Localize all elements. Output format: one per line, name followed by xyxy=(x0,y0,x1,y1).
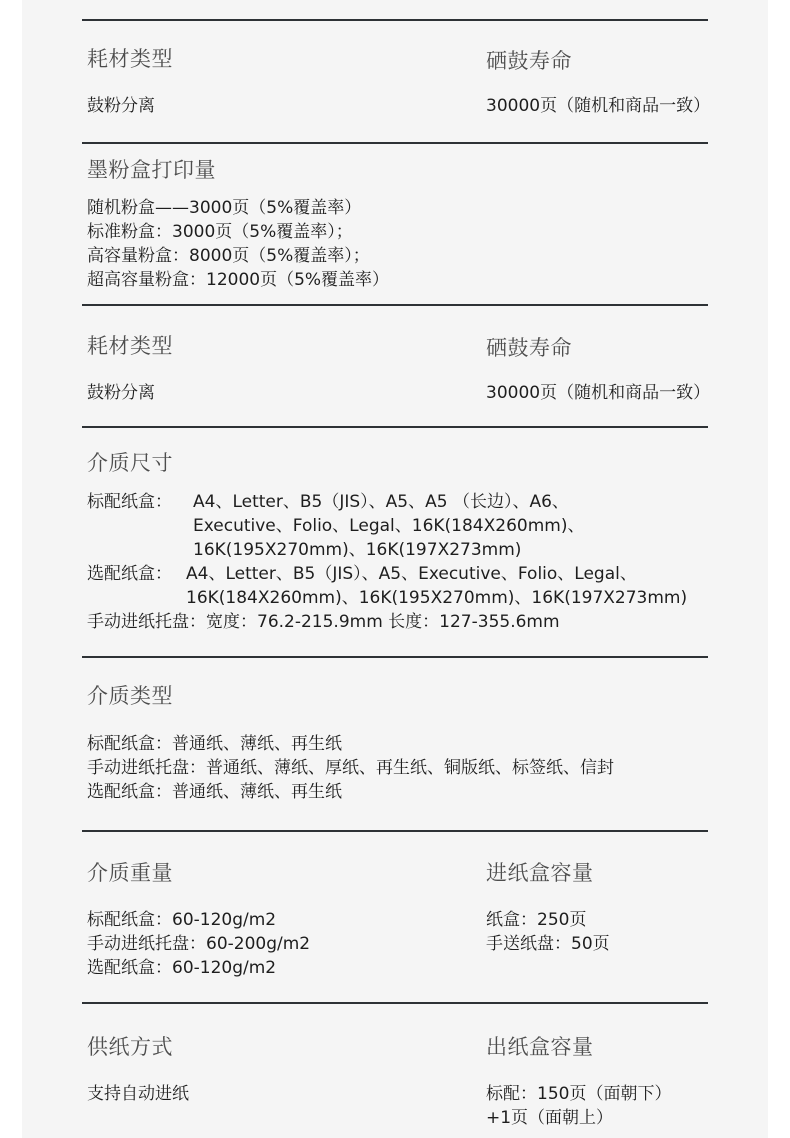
media-weight-line: 选配纸盒：60-120g/m2 xyxy=(87,956,276,980)
divider xyxy=(82,830,708,832)
divider xyxy=(82,304,708,306)
standard-tray-label: 标配纸盒： xyxy=(87,490,172,514)
drum-life-value: 30000页（随机和商品一致） xyxy=(486,381,710,405)
toner-yield-line: 随机粉盒——3000页（5%覆盖率） xyxy=(87,196,361,220)
manual-tray-sizes: 手动进纸托盘：宽度：76.2-215.9mm 长度：127-355.6mm xyxy=(87,610,560,634)
media-weight-line: 手动进纸托盘：60-200g/m2 xyxy=(87,932,310,956)
consumable-type-heading: 耗材类型 xyxy=(87,46,173,72)
media-type-line: 标配纸盒：普通纸、薄纸、再生纸 xyxy=(87,732,342,756)
output-capacity-line: +1页（面朝上） xyxy=(486,1106,613,1130)
input-capacity-line: 纸盒：250页 xyxy=(486,908,586,932)
standard-tray-sizes-line: 16K(195X270mm)、16K(197X273mm) xyxy=(193,538,521,562)
drum-life-value: 30000页（随机和商品一致） xyxy=(486,94,710,118)
divider xyxy=(82,19,708,21)
paper-feed-heading: 供纸方式 xyxy=(87,1034,173,1060)
input-capacity-line: 手送纸盘：50页 xyxy=(486,932,610,956)
media-weight-heading: 介质重量 xyxy=(87,860,173,886)
consumable-type-value: 鼓粉分离 xyxy=(87,381,155,405)
media-type-line: 手动进纸托盘：普通纸、薄纸、厚纸、再生纸、铜版纸、标签纸、信封 xyxy=(87,756,614,780)
toner-yield-heading: 墨粉盒打印量 xyxy=(87,157,216,183)
optional-tray-label: 选配纸盒： xyxy=(87,562,172,586)
output-capacity-line: 标配：150页（面朝下） xyxy=(486,1082,671,1106)
drum-life-heading: 硒鼓寿命 xyxy=(486,48,572,74)
media-size-heading: 介质尺寸 xyxy=(87,450,173,476)
divider xyxy=(82,142,708,144)
media-type-heading: 介质类型 xyxy=(87,683,173,709)
standard-tray-sizes-line: A4、Letter、B5（JIS）、A5、A5 （长边）、A6、 xyxy=(193,490,569,514)
toner-yield-line: 标准粉盒：3000页（5%覆盖率）； xyxy=(87,220,353,244)
paper-feed-value: 支持自动进纸 xyxy=(87,1082,189,1106)
standard-tray-sizes-line: Executive、Folio、Legal、16K(184X260mm)、 xyxy=(193,514,584,538)
consumable-type-heading: 耗材类型 xyxy=(87,333,173,359)
media-type-line: 选配纸盒：普通纸、薄纸、再生纸 xyxy=(87,780,342,804)
consumable-type-value: 鼓粉分离 xyxy=(87,94,155,118)
divider xyxy=(82,656,708,658)
optional-tray-sizes-line: 16K(184X260mm)、16K(195X270mm)、16K(197X27… xyxy=(186,586,687,610)
divider xyxy=(82,1002,708,1004)
toner-yield-line: 高容量粉盒：8000页（5%覆盖率）； xyxy=(87,244,370,268)
optional-tray-sizes-line: A4、Letter、B5（JIS）、A5、Executive、Folio、Leg… xyxy=(186,562,637,586)
drum-life-heading: 硒鼓寿命 xyxy=(486,335,572,361)
output-capacity-heading: 出纸盒容量 xyxy=(486,1034,594,1060)
toner-yield-line: 超高容量粉盒：12000页（5%覆盖率） xyxy=(87,268,389,292)
divider xyxy=(82,426,708,428)
media-weight-line: 标配纸盒：60-120g/m2 xyxy=(87,908,276,932)
input-capacity-heading: 进纸盒容量 xyxy=(486,860,594,886)
